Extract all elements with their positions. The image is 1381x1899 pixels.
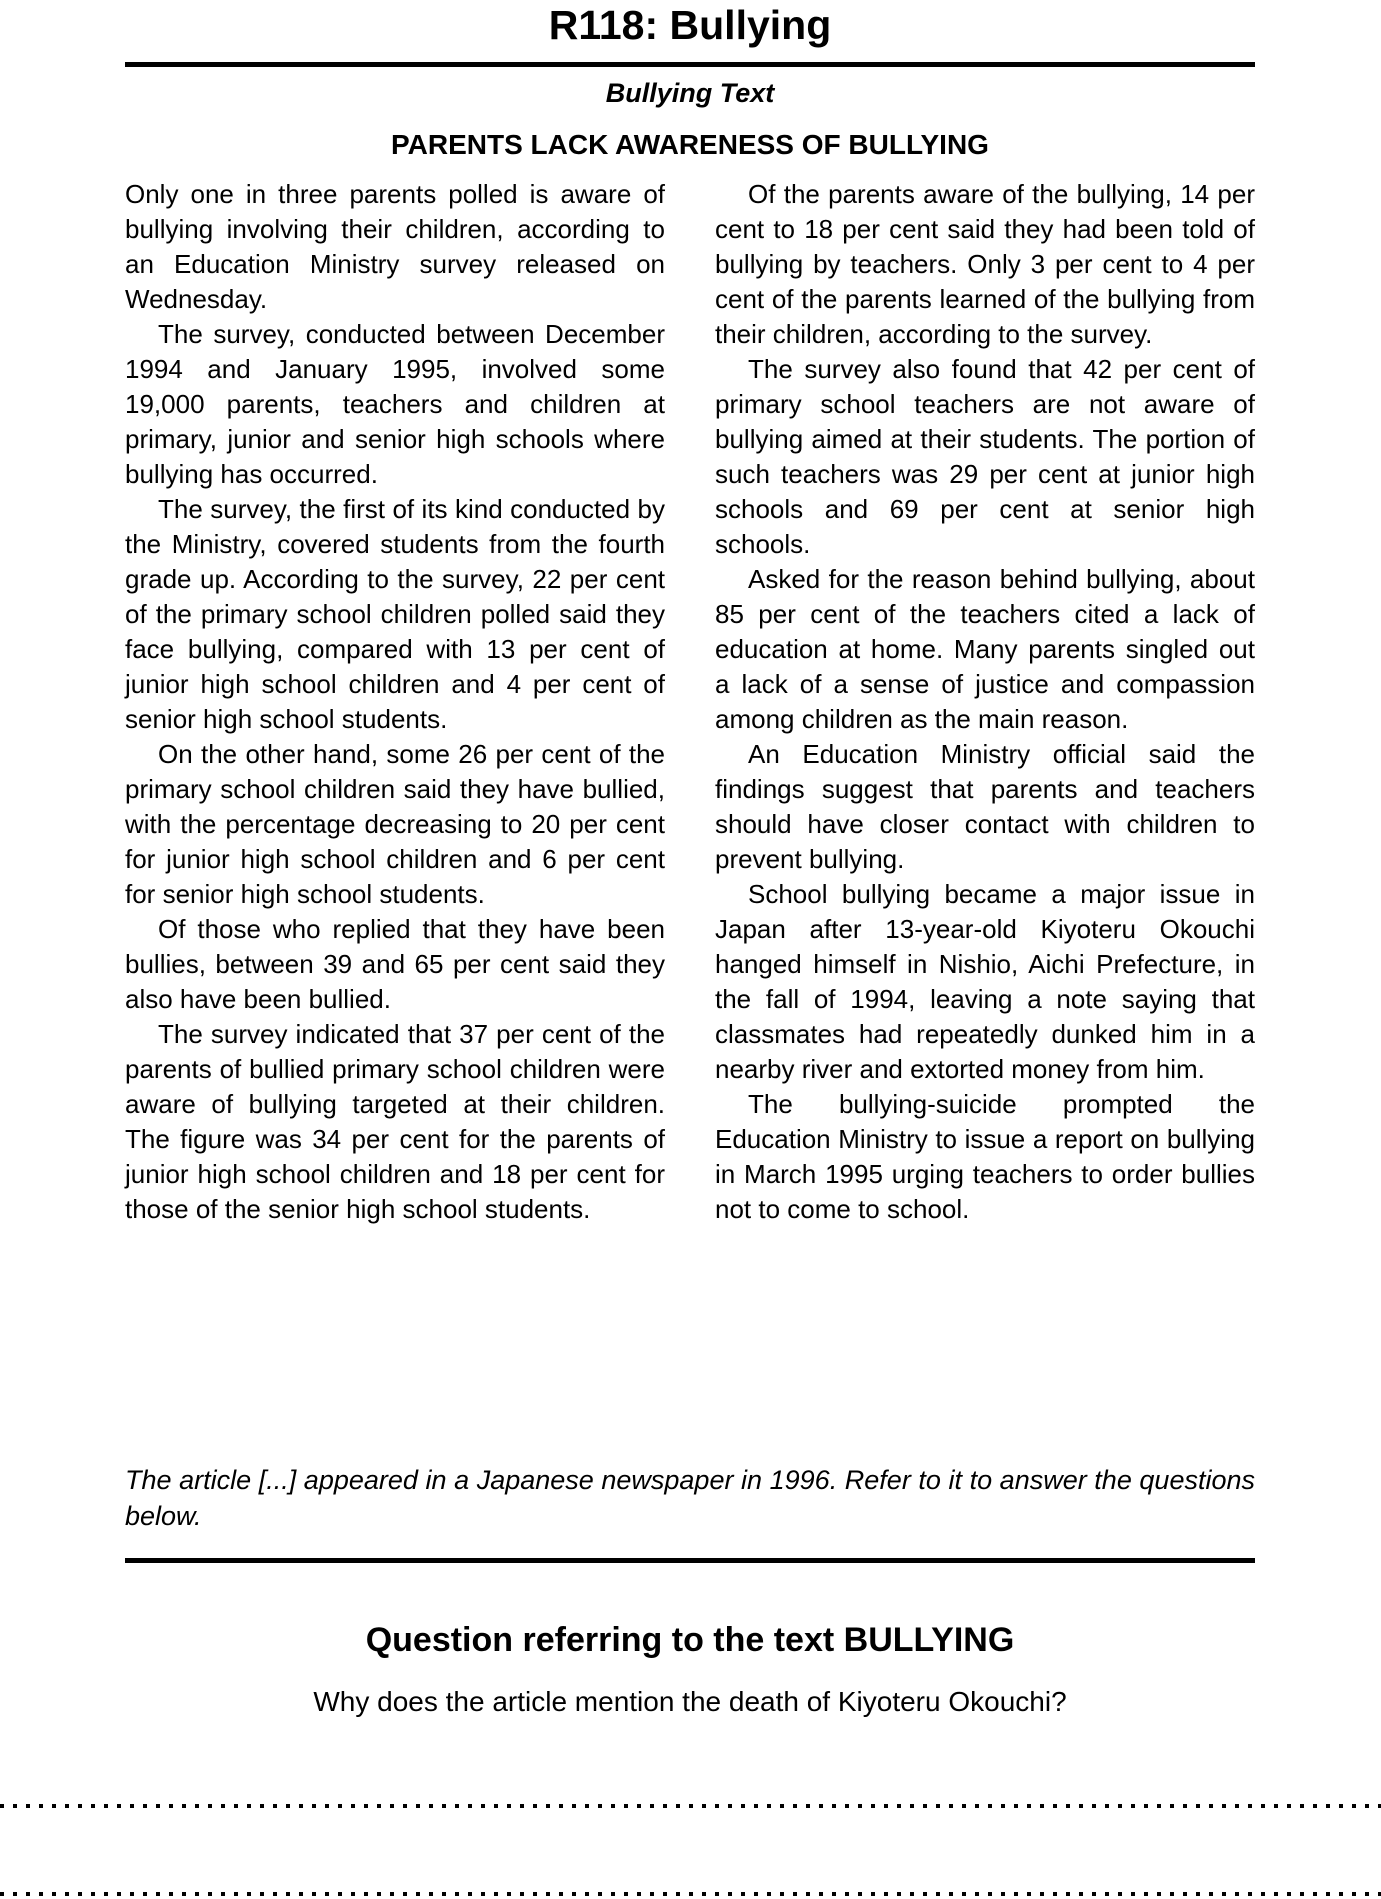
- document-page: R118: Bullying Bullying Text PARENTS LAC…: [0, 0, 1381, 1899]
- article-paragraph: The bullying-suicide prompted the Educat…: [715, 1087, 1255, 1227]
- article-paragraph: The survey also found that 42 per cent o…: [715, 352, 1255, 562]
- answer-dotted-line-2: [0, 1892, 1381, 1896]
- article-paragraph: The survey, conducted between December 1…: [125, 317, 665, 492]
- article-paragraph: The survey, the first of its kind conduc…: [125, 492, 665, 737]
- article-body: Only one in three parents polled is awar…: [125, 177, 1255, 1227]
- answer-dotted-line-1: [0, 1804, 1381, 1808]
- document-title: R118: Bullying: [125, 0, 1255, 49]
- article-column-left: Only one in three parents polled is awar…: [125, 177, 665, 1227]
- article-paragraph: The survey indicated that 37 per cent of…: [125, 1017, 665, 1227]
- question-section-heading: Question referring to the text BULLYING: [125, 1620, 1255, 1660]
- article-paragraph: School bullying became a major issue in …: [715, 877, 1255, 1087]
- document-subtitle: Bullying Text: [125, 78, 1255, 108]
- section-divider: [125, 1558, 1255, 1563]
- article-paragraph: On the other hand, some 26 per cent of t…: [125, 737, 665, 912]
- article-paragraph: Only one in three parents polled is awar…: [125, 177, 665, 317]
- article-paragraph: Of those who replied that they have been…: [125, 912, 665, 1017]
- document-content: R118: Bullying Bullying Text PARENTS LAC…: [125, 0, 1255, 1227]
- title-divider: [125, 62, 1255, 67]
- article-source-note: The article [...] appeared in a Japanese…: [125, 1462, 1255, 1534]
- article-column-right: Of the parents aware of the bullying, 14…: [715, 177, 1255, 1227]
- article-headline: PARENTS LACK AWARENESS OF BULLYING: [125, 129, 1255, 161]
- article-paragraph: An Education Ministry official said the …: [715, 737, 1255, 877]
- article-paragraph: Asked for the reason behind bullying, ab…: [715, 562, 1255, 737]
- article-paragraph: Of the parents aware of the bullying, 14…: [715, 177, 1255, 352]
- question-text: Why does the article mention the death o…: [125, 1686, 1255, 1718]
